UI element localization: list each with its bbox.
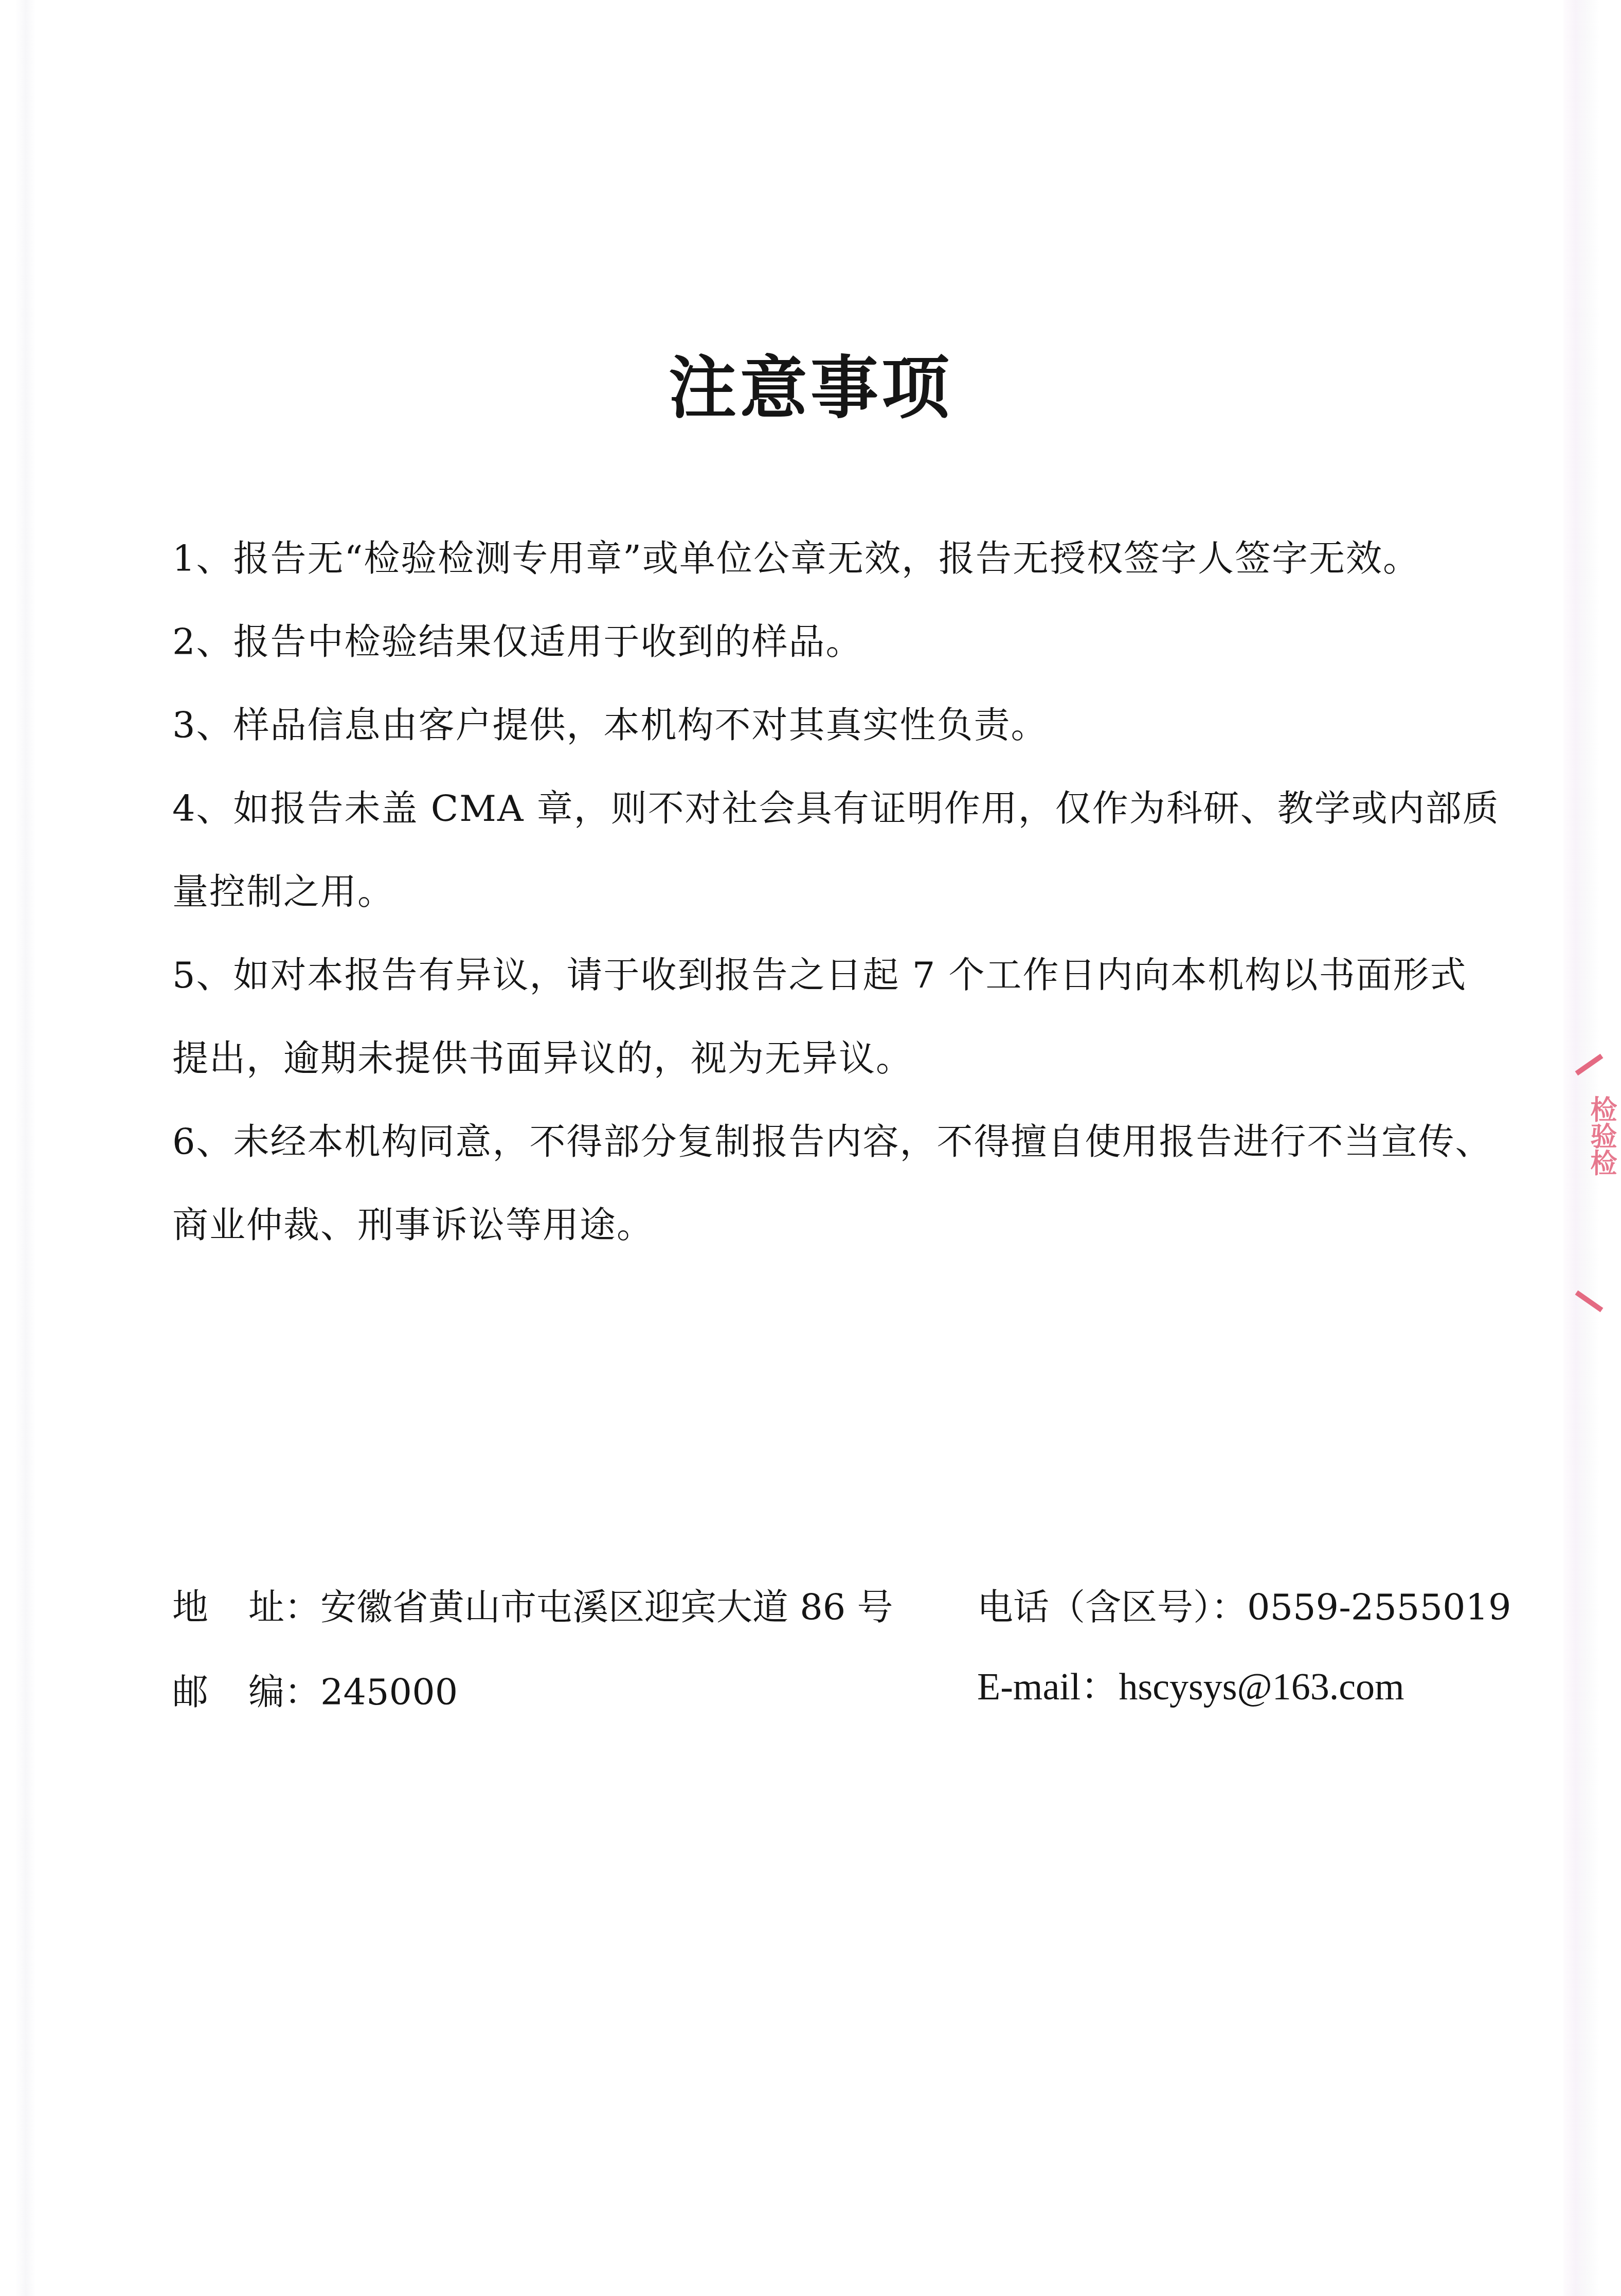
notice-list: 1、报告无“检验检测专用章”或单位公章无效，报告无授权签字人签字无效。 2、报告… — [172, 517, 1520, 1267]
notice-item-1: 1、报告无“检验检测专用章”或单位公章无效，报告无授权签字人签字无效。 — [172, 517, 1520, 600]
seal-stamp-fragment: 检验检 — [1566, 1034, 1602, 1327]
notice-item-3: 3、样品信息由客户提供，本机构不对其真实性负责。 — [172, 684, 1520, 767]
page-title: 注意事项 — [0, 337, 1621, 440]
notice-item-4-continued: 量控制之用。 — [172, 850, 1520, 934]
stamp-border-top — [1575, 1054, 1604, 1076]
notice-item-6-continued: 商业仲裁、刑事诉讼等用途。 — [172, 1183, 1520, 1267]
notice-item-5-continued: 提出，逾期未提供书面异议的，视为无异议。 — [172, 1017, 1520, 1100]
notice-item-2: 2、报告中检验结果仅适用于收到的样品。 — [172, 600, 1520, 684]
notice-item-4: 4、如报告未盖 CMA 章，则不对社会具有证明作用，仅作为科研、教学或内部质 — [172, 767, 1520, 850]
stamp-border-bottom — [1575, 1290, 1604, 1313]
stamp-text: 检验检 — [1576, 1096, 1621, 1176]
phone-label: 电话（含区号）： — [977, 1586, 1247, 1628]
address-value: 安徽省黄山市屯溪区迎宾大道 86 号 — [320, 1586, 893, 1628]
notice-item-6: 6、未经本机构同意，不得部分复制报告内容，不得擅自使用报告进行不当宣传、 — [172, 1100, 1520, 1183]
contact-footer: 地址：安徽省黄山市屯溪区迎宾大道 86 号 电话（含区号）：0559-25550… — [172, 1574, 1520, 1744]
notice-item-5: 5、如对本报告有异议，请于收到报告之日起 7 个工作日内向本机构以书面形式 — [172, 934, 1520, 1017]
footer-row-2: 邮编：245000 E-mail：hscysys@163.com — [172, 1659, 1520, 1744]
email-value: hscysys@163.com — [1119, 1666, 1404, 1708]
phone-value: 0559-2555019 — [1247, 1586, 1511, 1628]
address: 地址：安徽省黄山市屯溪区迎宾大道 86 号 — [172, 1574, 893, 1641]
footer-row-1: 地址：安徽省黄山市屯溪区迎宾大道 86 号 电话（含区号）：0559-25550… — [172, 1574, 1520, 1659]
phone: 电话（含区号）：0559-2555019 — [977, 1574, 1511, 1641]
email: E-mail：hscysys@163.com — [977, 1654, 1404, 1720]
postcode-value: 245000 — [320, 1671, 458, 1713]
email-label: E-mail： — [977, 1666, 1119, 1708]
postcode: 邮编：245000 — [172, 1659, 458, 1726]
postcode-colon: ： — [284, 1671, 320, 1713]
address-colon: ： — [284, 1586, 320, 1628]
